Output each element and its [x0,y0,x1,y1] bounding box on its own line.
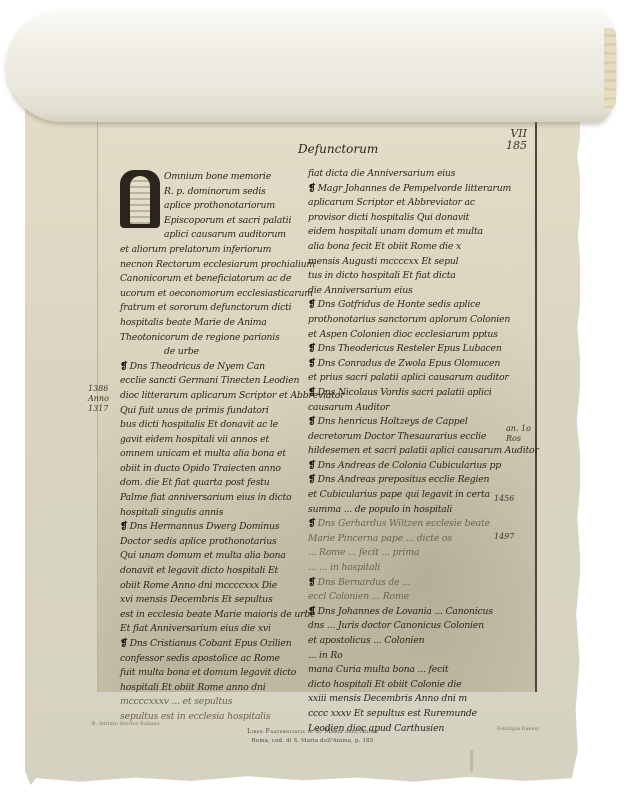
manuscript-line: decretorum Doctor Thesaurarius ecclie [308,430,523,445]
manuscript-line: Qui fuit unus de primis fundatori [120,404,305,419]
manuscript-line: Dns Nicolaus Vordis sacri palatii aplici [308,386,523,401]
manuscript-line: dicto hospitali Et obiit Colonie die [308,678,523,693]
manuscript-line: xxiii mensis Decembris Anno dni m [308,692,523,707]
manuscript-line: prothonotarius sanctorum aplorum Colonie… [308,313,523,328]
manuscript-line: tus in dicto hospitali Et fiat dicta [308,269,523,284]
manuscript-line: necnon Rectorum ecclesiarum prochialium [120,258,305,273]
manuscript-line: fratrum et sororum defunctorum dicti [120,301,305,316]
manuscript-line: Palme fiat anniversarium eius in dicto [120,491,305,506]
manuscript-line: Dns Gotfridus de Honte sedis aplice [308,298,523,313]
paper-crease [470,750,473,772]
manuscript-line: Doctor sedis aplice prothonotarius [120,535,305,550]
margin-note-right-lower-2: 1497 [494,532,514,542]
manuscript-line: eidem hospitali unam domum et multa [308,225,523,240]
margin-note-right-top: an. 1o Ros [506,424,535,444]
deckled-roll-edge [604,28,616,108]
manuscript-line: Dns Conradus de Zwola Epus Olomucen [308,357,523,372]
manuscript-line: bus dicti hospitalis Et donavit ac le [120,418,305,433]
manuscript-line: ecclie sancti Germani Tinecten Leodien [120,374,305,389]
manuscript-line: Dns Johannes de Lovania ... Canonicus [308,605,523,620]
manuscript-line: mana Curia multa bona ... fecit [308,663,523,678]
manuscript-line: Canonicorum et beneficiatorum ac de [120,272,305,287]
margin-note-right-lower-1: 1456 [494,494,514,504]
manuscript-line: Dns henricus Holtzeys de Cappel [308,415,523,430]
manuscript-line: Dns Theodericus Resteler Epus Lubacen [308,342,523,357]
manuscript-line: est in ecclesia beate Marie maioris de u… [120,608,305,623]
manuscript-line: Marie Pincerna pape ... dicte os [308,532,523,547]
manuscript-line: Et fiat Anniversarium eius die xvi [120,622,305,637]
manuscript-line: et Cubicularius pape qui legavit in cert… [308,488,523,503]
manuscript-line: ucorum et oeconomorum ecclesiasticarum [120,287,305,302]
manuscript-line: dns ... Juris doctor Canonicus Colonien [308,619,523,634]
manuscript-right-column: fiat dicta die Anniversarium eiusMagr Jo… [308,167,523,736]
plate-caption-title: Liber Fraternitatis di S. Maria dell'Ani… [0,727,625,735]
manuscript-line: aplici causarum auditorum [120,228,305,243]
manuscript-line: de urbe [120,345,305,360]
manuscript-line: gavit eidem hospitali vii annos et [120,433,305,448]
manuscript-line: dioc litterarum aplicarum Scriptor et Ab… [120,389,305,404]
manuscript-line: Dns Cristianus Cobant Epus Ozilien [120,637,305,652]
manuscript-line: ... ... in hospitali [308,561,523,576]
manuscript-line: Dns Andreas de Colonia Cubicularius pp [308,459,523,474]
manuscript-line: et apostolicus ... Colonien [308,634,523,649]
margin-note-left: 1386 Anno 1317 [88,384,109,414]
folio-arabic: 185 [506,140,527,152]
manuscript-line: obiit Rome Anno dni mccccxxx Die [120,579,305,594]
manuscript-line: summa ... de populo in hospitali [308,503,523,518]
manuscript-line: die Anniversarium eius [308,284,523,299]
manuscript-line: et Aspen Colonien dioc ecclesiarum pptus [308,328,523,343]
manuscript-line: Dns Theodricus de Nyem Can [120,360,305,375]
manuscript-line: hospitali singulis annis [120,506,305,521]
manuscript-line: obiit in ducto Opido Traiecten anno [120,462,305,477]
manuscript-line: alia bona fecit Et obiit Rome die x [308,240,523,255]
manuscript-line: cccc xxxv Et sepultus est Ruremunde [308,707,523,722]
manuscript-line: et aliorum prelatorum inferiorum [120,243,305,258]
manuscript-line: hospitalis beate Marie de Anima [120,316,305,331]
curled-page-top [6,10,616,122]
folio-number: VII 185 [506,128,527,152]
manuscript-line: fuit multa bona et domum legavit dicto [120,666,305,681]
manuscript-line: Dns Andreas prepositus ecclie Regien [308,473,523,488]
manuscript-left-column: Omnium bone memorieR. p. dominorum sedis… [120,170,305,725]
manuscript-line: dom. die Et fiat quarta post festu [120,476,305,491]
manuscript-line: hospitali Et obiit Rome anno dni [120,681,305,696]
manuscript-line: xvi mensis Decembris Et sepultus [120,593,305,608]
manuscript-line: et prius sacri palatii aplici causarum a… [308,371,523,386]
manuscript-line: ... in Ro [308,649,523,664]
manuscript-line: aplicarum Scriptor et Abbreviator ac [308,196,523,211]
manuscript-line: Dns Gerhardus Wiltzen ecclesie beate [308,517,523,532]
manuscript-line: confessor sedis apostolice ac Rome [120,652,305,667]
manuscript-line: donavit et legavit dicto hospitali Et [120,564,305,579]
manuscript-line: Magr Johannes de Pempelvorde litterarum [308,182,523,197]
manuscript-facsimile: Defunctorum VII 185 Omnium bone memorieR… [97,122,537,692]
manuscript-line: Qui unam domum et multa alia bona [120,549,305,564]
manuscript-line: ... Rome ... fecit ... prima [308,546,523,561]
manuscript-line: provisor dicti hospitalis Qui donavit [308,211,523,226]
manuscript-line: mccccxxxv ... et sepultus [120,695,305,710]
manuscript-line: fiat dicta die Anniversarium eius [308,167,523,182]
manuscript-line: Dns Bernardus de ... [308,576,523,591]
manuscript-line: omnem unicam et multa alia bona et [120,447,305,462]
manuscript-line: hildesemen et sacri palatii aplici causa… [308,444,523,459]
manuscript-line: causarum Auditor [308,401,523,416]
plate-caption-subtitle: Roma, cod. di S. Maria dell'Anima, p. 18… [0,738,625,744]
manuscript-line: Theotonicorum de regione parionis [120,331,305,346]
manuscript-header: Defunctorum [298,142,378,156]
illuminated-initial-icon [120,170,160,228]
manuscript-line: eccl Colonien ... Rome [308,590,523,605]
manuscript-line: Dns Hermannus Dwerg Dominus [120,520,305,535]
manuscript-line: mensis Augusti mccccxx Et sepul [308,255,523,270]
